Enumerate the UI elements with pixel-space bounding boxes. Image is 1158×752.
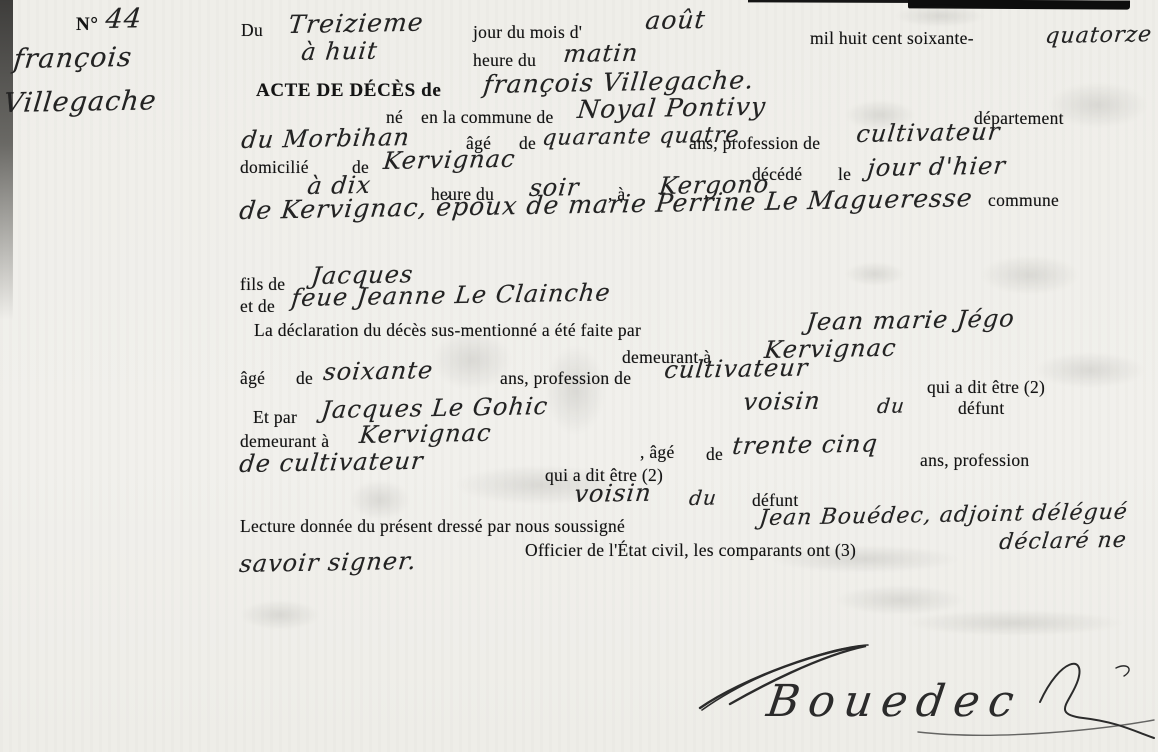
- printed-lecture-line: Lecture donnée du présent dressé par nou…: [240, 516, 625, 537]
- handwritten-declarant1-profession: cultivateur: [663, 353, 810, 384]
- printed-heure-du: heure du: [473, 50, 536, 71]
- margin-deceased-last-name: Villegache: [2, 85, 158, 119]
- printed-en-la-commune: en la commune de: [421, 107, 554, 128]
- handwritten-declarant2-residence: Kervignac: [358, 419, 493, 449]
- printed-ans-profession: ans, profession: [920, 450, 1029, 471]
- act-number-label: N°: [76, 14, 99, 36]
- handwritten-declarant2-relation: voisin: [573, 479, 653, 508]
- bleed-through-smudge: [350, 480, 410, 520]
- handwritten-declarant1-age: soixante: [322, 356, 435, 386]
- handwritten-day: Treizieme: [287, 8, 425, 39]
- printed-de: de: [519, 133, 536, 154]
- handwritten-death-day: jour d'hier: [866, 152, 1007, 182]
- bleed-through-smudge: [845, 262, 905, 286]
- handwritten-month: août: [644, 5, 707, 35]
- printed-declaration-intro: La déclaration du décès sus-mentionné a …: [254, 320, 641, 341]
- printed-age-label: âgé: [240, 368, 265, 389]
- handwritten-declarant2-age: trente cinq: [731, 429, 879, 460]
- signature-text: Bouedec: [763, 676, 1026, 727]
- printed-officier-line: Officier de l'État civil, les comparants…: [525, 540, 856, 561]
- bleed-through-smudge: [980, 255, 1080, 295]
- handwritten-declarant1-name: Jean marie Jégo: [805, 304, 1016, 336]
- printed-mil-huit-cent: mil huit cent soixante-: [810, 28, 974, 49]
- printed-qui-a-dit-etre: qui a dit être (2): [927, 377, 1045, 398]
- printed-ans-profession: ans, profession de: [689, 133, 820, 154]
- bleed-through-smudge: [905, 610, 1125, 636]
- signature-flourish: [1040, 664, 1154, 738]
- act-number-value: 44: [104, 3, 144, 35]
- handwritten-period: matin: [562, 39, 640, 68]
- scanned-death-record-page: N° 44 françois Villegache Du Treizieme j…: [0, 0, 1158, 752]
- handwritten-du: du: [876, 394, 906, 418]
- handwritten-domicile-place: Kervignac: [382, 145, 517, 175]
- printed-le: le: [838, 164, 851, 185]
- bleed-through-smudge: [835, 585, 965, 615]
- book-binding-edge: [0, 0, 13, 320]
- printed-de: de: [296, 368, 313, 389]
- bleed-through-smudge: [240, 600, 320, 630]
- printed-ans-profession: ans, profession de: [500, 368, 631, 389]
- printed-de: de: [706, 444, 723, 465]
- handwritten-du: du: [688, 486, 718, 510]
- handwritten-year: quatorze: [1044, 22, 1153, 49]
- bleed-through-smudge: [545, 345, 605, 435]
- handwritten-hour: à huit: [300, 37, 379, 66]
- signature-flourish: [1116, 666, 1129, 676]
- handwritten-birth-place: Noyal Pontivy: [576, 92, 768, 124]
- acte-de-deces-heading: ACTE DE DÉCÈS de: [256, 80, 441, 102]
- handwritten-declarant2-profession: de cultivateur: [238, 447, 425, 478]
- printed-commune: commune: [988, 190, 1059, 211]
- printed-et-par: Et par: [253, 407, 297, 428]
- printed-domicilie: domicilié: [240, 157, 309, 178]
- handwritten-savoir-signer: savoir signer.: [238, 547, 418, 578]
- handwritten-declare: déclaré ne: [998, 528, 1128, 555]
- handwritten-declarant1-relation: voisin: [742, 387, 822, 416]
- scan-edge-bar: [908, 0, 1130, 10]
- handwritten-profession: cultivateur: [855, 117, 1002, 148]
- printed-et-de: et de: [240, 296, 275, 317]
- officiant-signature: Bouedec: [688, 640, 1158, 752]
- printed-fils-de: fils de: [240, 274, 285, 295]
- bleed-through-smudge: [1035, 352, 1145, 388]
- margin-deceased-first-name: françois: [12, 42, 134, 75]
- printed-comma-age: , âgé: [640, 442, 675, 463]
- printed-du: Du: [241, 20, 263, 41]
- printed-defunt: défunt: [958, 398, 1005, 419]
- handwritten-mother-name: feue Jeanne Le Clainche: [290, 278, 612, 312]
- handwritten-officiant-name: Jean Bouédec, adjoint délégué: [758, 500, 1129, 531]
